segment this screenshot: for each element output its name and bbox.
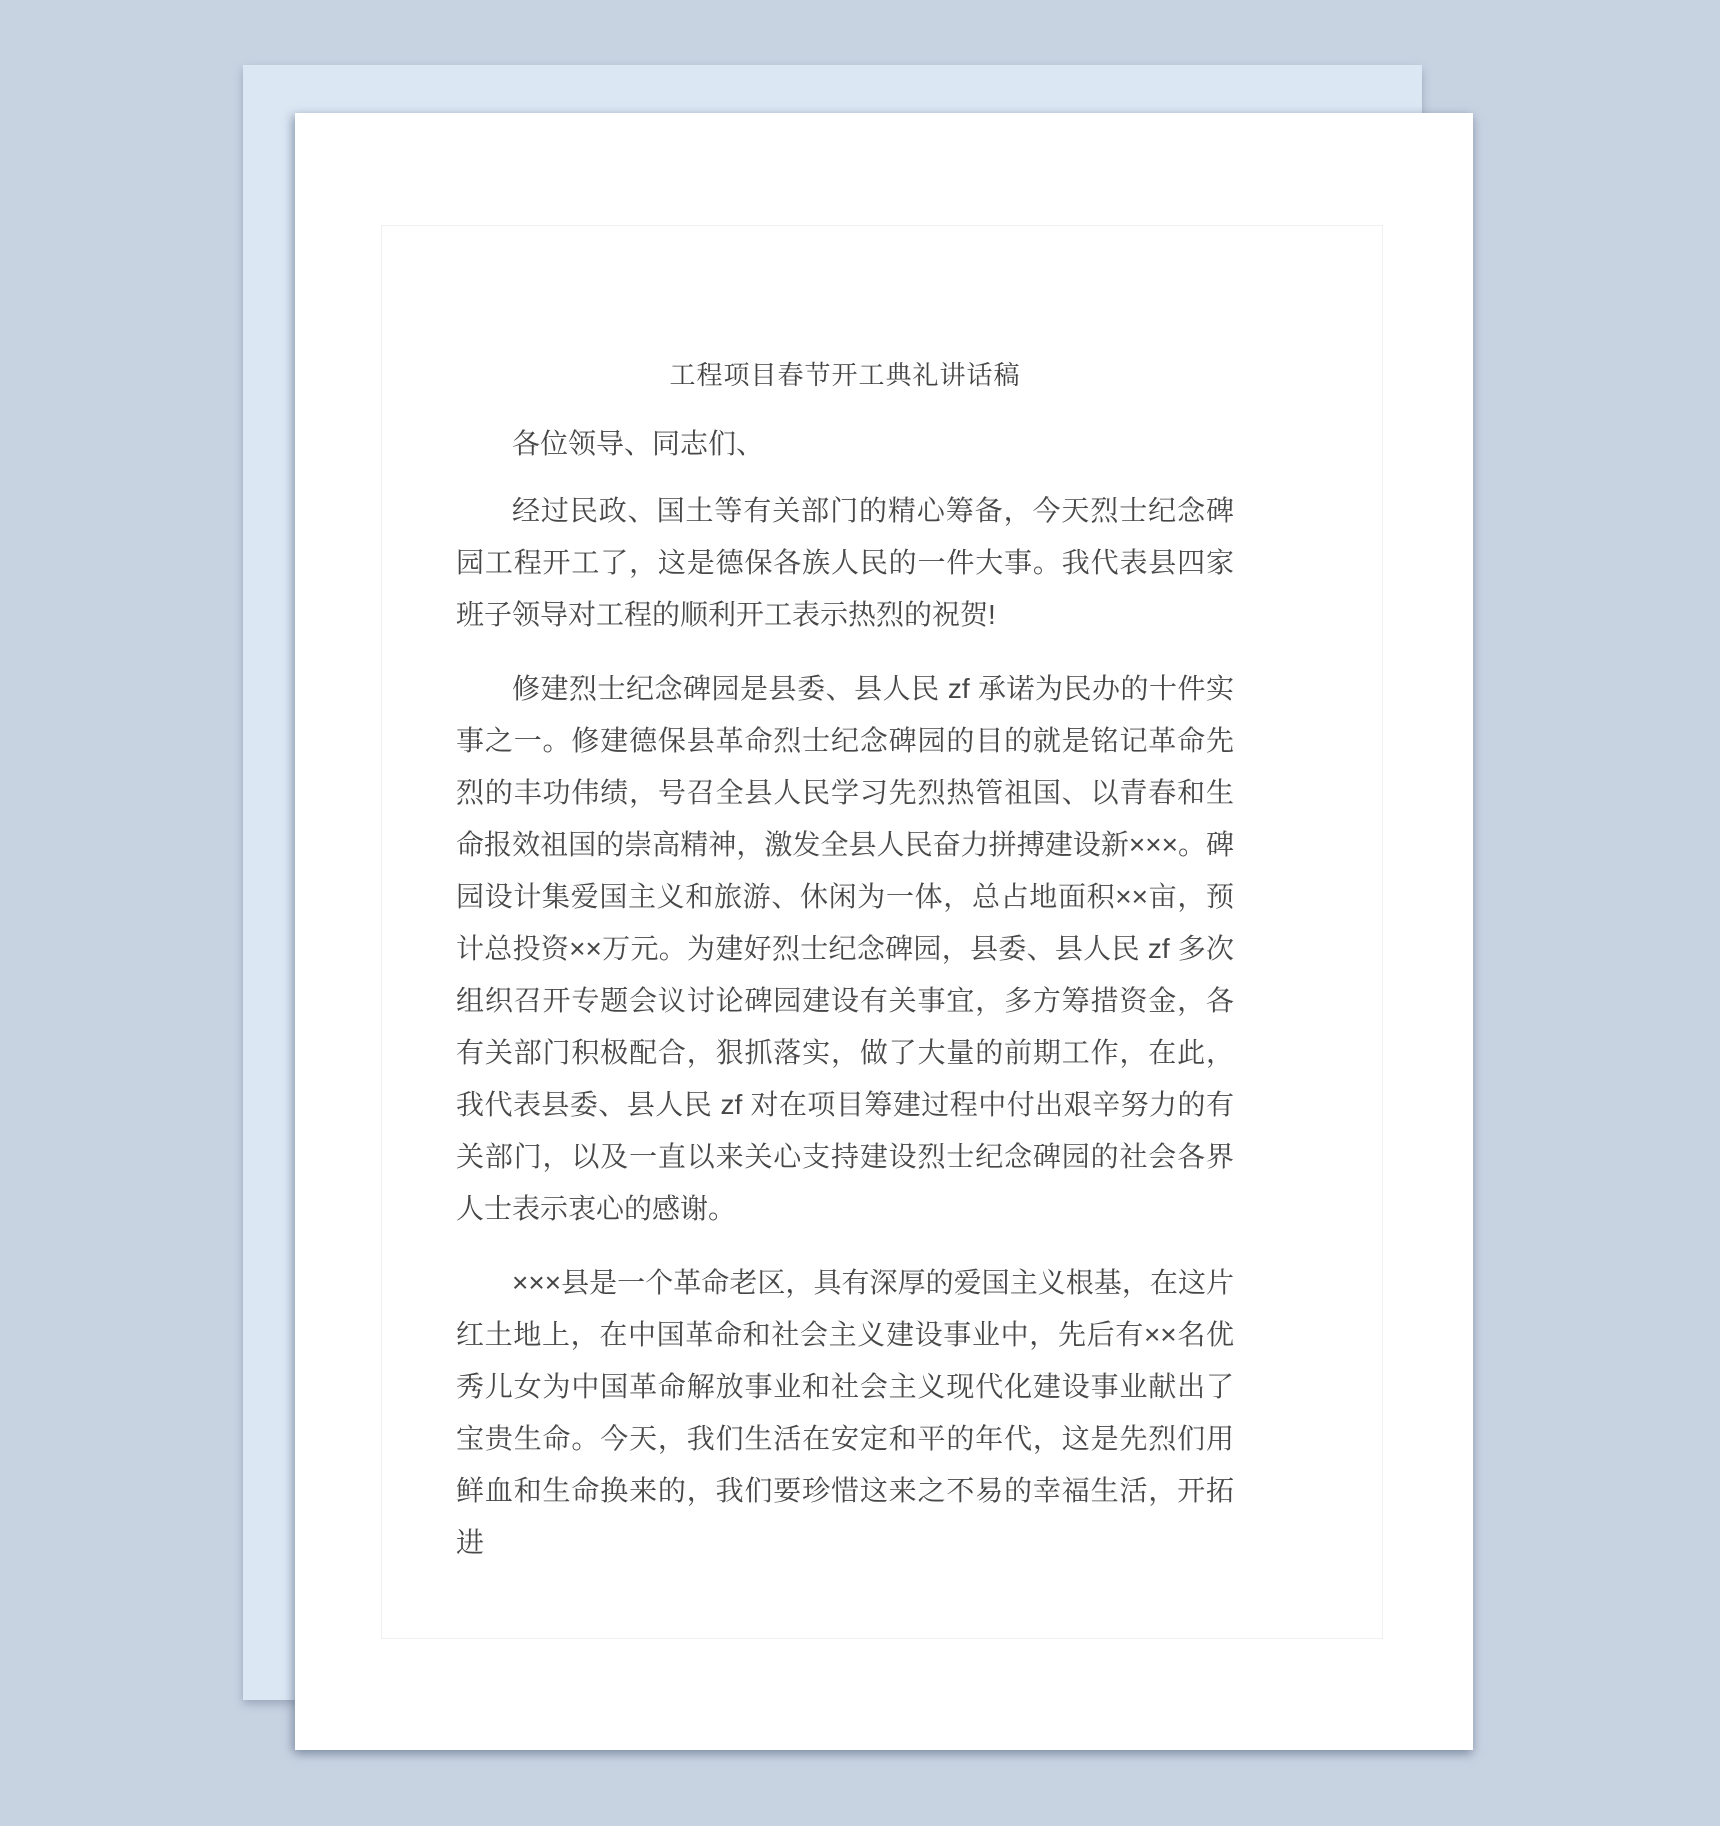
workspace: 工程项目春节开工典礼讲话稿 各位领导、同志们、 经过民政、国土等有关部门的精心筹…	[0, 0, 1720, 1826]
document-title: 工程项目春节开工典礼讲话稿	[456, 355, 1234, 395]
document-paragraph-3: ×××县是一个革命老区，具有深厚的爱国主义根基，在这片红土地上，在中国革命和社会…	[456, 1257, 1234, 1569]
document-paragraph-2: 修建烈士纪念碑园是县委、县人民 zf 承诺为民办的十件实事之一。修建德保县革命烈…	[456, 663, 1234, 1235]
desktop-background: { "colors": { "background": "#c8d3e2", "…	[0, 0, 1720, 1826]
document-body: 工程项目春节开工典礼讲话稿 各位领导、同志们、 经过民政、国土等有关部门的精心筹…	[456, 355, 1234, 1569]
document-paragraph-1: 经过民政、国土等有关部门的精心筹备，今天烈士纪念碑园工程开工了，这是德保各族人民…	[456, 485, 1234, 641]
content-frame: 工程项目春节开工典礼讲话稿 各位领导、同志们、 经过民政、国土等有关部门的精心筹…	[381, 225, 1383, 1639]
document-page: 工程项目春节开工典礼讲话稿 各位领导、同志们、 经过民政、国土等有关部门的精心筹…	[295, 113, 1473, 1750]
greeting-line: 各位领导、同志们、	[456, 418, 1234, 470]
